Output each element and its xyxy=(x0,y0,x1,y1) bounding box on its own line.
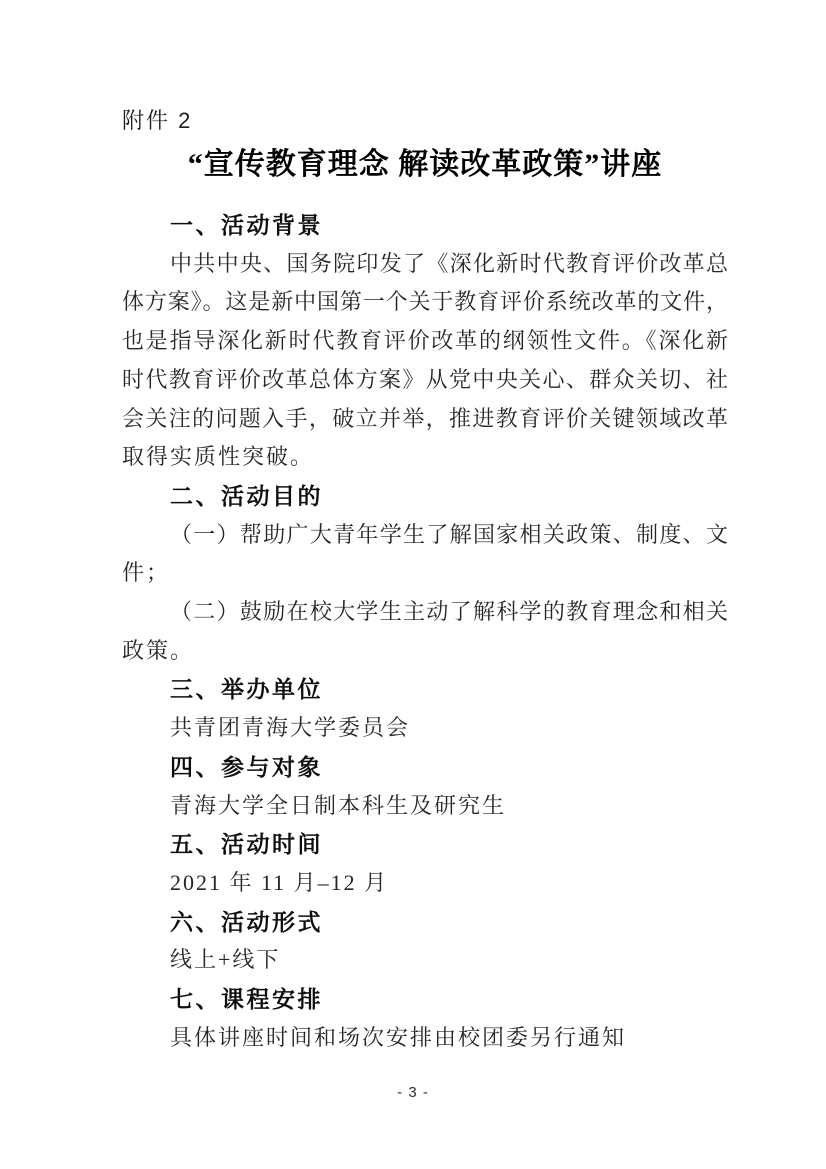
body-line: （二）鼓励在校大学生主动了解科学的教育理念和相关 xyxy=(122,593,728,632)
body-line: 2021 年 11 月–12 月 xyxy=(122,864,728,903)
section-heading: 七、课程安排 xyxy=(122,980,728,1019)
attachment-label: 附件 2 xyxy=(122,101,728,140)
body-line: 件； xyxy=(122,554,728,593)
document-title: “宣传教育理念 解读改革政策”讲座 xyxy=(122,140,728,190)
body-line: 时代教育评价改革总体方案》从党中央关心、群众关切、社 xyxy=(122,361,728,400)
body-line: 具体讲座时间和场次安排由校团委另行通知 xyxy=(122,1019,728,1058)
page-number: - 3 - xyxy=(0,1076,826,1110)
body-line: 取得实质性突破。 xyxy=(122,438,728,477)
body-line: 会关注的问题入手，破立并举，推进教育评价关键领域改革 xyxy=(122,400,728,439)
body-line: 共青团青海大学委员会 xyxy=(122,709,728,748)
body-line: 也是指导深化新时代教育评价改革的纲领性文件。《深化新 xyxy=(122,322,728,361)
section-heading: 六、活动形式 xyxy=(122,903,728,942)
body-line: 线上+线下 xyxy=(122,941,728,980)
document-page: 附件 2 “宣传教育理念 解读改革政策”讲座 一、活动背景中共中央、国务院印发了… xyxy=(0,0,826,1169)
document-content: 附件 2 “宣传教育理念 解读改革政策”讲座 一、活动背景中共中央、国务院印发了… xyxy=(122,101,728,1057)
section-heading: 三、举办单位 xyxy=(122,670,728,709)
section-heading: 二、活动目的 xyxy=(122,477,728,516)
section-heading: 一、活动背景 xyxy=(122,206,728,245)
section-heading: 四、参与对象 xyxy=(122,748,728,787)
body-line: 青海大学全日制本科生及研究生 xyxy=(122,787,728,826)
sections-container: 一、活动背景中共中央、国务院印发了《深化新时代教育评价改革总体方案》。这是新中国… xyxy=(122,206,728,1057)
body-line: 中共中央、国务院印发了《深化新时代教育评价改革总 xyxy=(122,245,728,284)
body-line: 政策。 xyxy=(122,632,728,671)
section-heading: 五、活动时间 xyxy=(122,825,728,864)
body-line: 体方案》。这是新中国第一个关于教育评价系统改革的文件， xyxy=(122,283,728,322)
body-line: （一）帮助广大青年学生了解国家相关政策、制度、文 xyxy=(122,516,728,555)
